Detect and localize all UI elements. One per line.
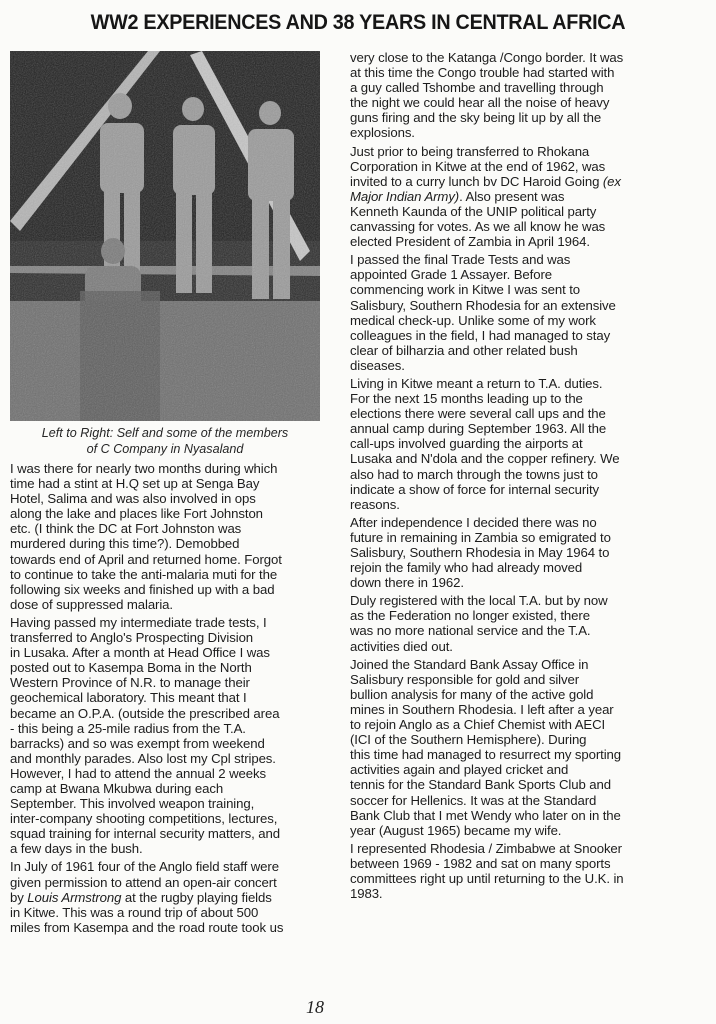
text-line: camp at Bwana Mkubwa during each (10, 781, 340, 796)
text-line: I was there for nearly two months during… (10, 461, 340, 476)
photo-image (10, 51, 320, 421)
photo-caption: Left to Right: Self and some of the memb… (10, 426, 320, 457)
text-line: given permission to attend an open-air c… (10, 875, 340, 890)
text-line: Living in Kitwe meant a return to T.A. d… (350, 376, 680, 391)
paragraph: Having passed my intermediate trade test… (10, 615, 340, 857)
text-line: medical check-up. Unlike some of my work (350, 313, 680, 328)
text-line: as the Federation no longer existed, the… (350, 608, 680, 623)
text-line: committees right up until returning to t… (350, 871, 680, 886)
text-line: Just prior to being transferred to Rhoka… (350, 144, 680, 159)
text-fragment-italic: (ex (603, 174, 621, 189)
text-line: became an O.P.A. (outside the prescribed… (10, 706, 340, 721)
text-line: Major Indian Army). Also present was (350, 189, 680, 204)
text-line: miles from Kasempa and the road route to… (10, 920, 340, 935)
right-column: very close to the Katanga /Congo border.… (350, 50, 680, 904)
text-line: along the lake and places like Fort John… (10, 506, 340, 521)
text-line: September. This involved weapon training… (10, 796, 340, 811)
text-line: to continue to take the anti-malaria mut… (10, 567, 340, 582)
text-line: was no more national service and the T.A… (350, 623, 680, 638)
text-line: Having passed my intermediate trade test… (10, 615, 340, 630)
left-column: I was there for nearly two months during… (10, 461, 340, 938)
text-line: very close to the Katanga /Congo border.… (350, 50, 680, 65)
text-line: mines in Southern Rhodesia. I left after… (350, 702, 680, 717)
text-line: activities again and played cricket and (350, 762, 680, 777)
text-line: tennis for the Standard Bank Sports Club… (350, 777, 680, 792)
text-line: transferred to Anglo's Prospecting Divis… (10, 630, 340, 645)
text-line: inter-company shooting competitions, lec… (10, 811, 340, 826)
text-line: guns firing and the sky being lit up by … (350, 110, 680, 125)
text-line: Western Province of N.R. to manage their (10, 675, 340, 690)
text-line: Lusaka and N'dola and the copper refiner… (350, 451, 680, 466)
text-line: to rejoin Anglo as a Chief Chemist with … (350, 717, 680, 732)
text-line: at this time the Congo trouble had start… (350, 65, 680, 80)
text-line: annual camp during September 1963. All t… (350, 421, 680, 436)
text-line: by Louis Armstrong at the rugby playing … (10, 890, 340, 905)
text-line: Corporation in Kitwe at the end of 1962,… (350, 159, 680, 174)
text-line: posted out to Kasempa Boma in the North (10, 660, 340, 675)
text-line: in Kitwe. This was a round trip of about… (10, 905, 340, 920)
paragraph: After independence I decided there was n… (350, 515, 680, 590)
text-line: 1983. (350, 886, 680, 901)
paragraph: I represented Rhodesia / Zimbabwe at Sno… (350, 841, 680, 901)
text-line: elections there were several call ups an… (350, 406, 680, 421)
text-line: also had to march through the towns just… (350, 467, 680, 482)
text-line: I represented Rhodesia / Zimbabwe at Sno… (350, 841, 680, 856)
text-line: However, I had to attend the annual 2 we… (10, 766, 340, 781)
text-line: geochemical laboratory. This meant that … (10, 690, 340, 705)
text-line: murdered during this time?). Demobbed (10, 536, 340, 551)
text-line: down there in 1962. (350, 575, 680, 590)
paragraph: Just prior to being transferred to Rhoka… (350, 144, 680, 250)
text-line: diseases. (350, 358, 680, 373)
text-line: Salisbury, Southern Rhodesia for an exte… (350, 298, 680, 313)
text-line: After independence I decided there was n… (350, 515, 680, 530)
text-line: colleagues in the field, I had managed t… (350, 328, 680, 343)
text-line: clear of bilharzia and other related bus… (350, 343, 680, 358)
text-line: rejoin the family who had already moved (350, 560, 680, 575)
text-line: following six weeks and finished up with… (10, 582, 340, 597)
text-line: future in remaining in Zambia so emigrat… (350, 530, 680, 545)
text-line: Joined the Standard Bank Assay Office in (350, 657, 680, 672)
text-line: Kenneth Kaunda of the UNIP political par… (350, 204, 680, 219)
paragraph: Duly registered with the local T.A. but … (350, 593, 680, 653)
text-line: reasons. (350, 497, 680, 512)
text-line: Bank Club that I met Wendy who later on … (350, 808, 680, 823)
text-fragment: invited to a curry lunch bv DC Haroid Go… (350, 174, 603, 189)
text-line: (ICI of the Southern Hemisphere). During (350, 732, 680, 747)
caption-line: Left to Right: Self and some of the memb… (10, 426, 320, 442)
text-line: appointed Grade 1 Assayer. Before (350, 267, 680, 282)
text-line: activities died out. (350, 639, 680, 654)
text-line: dose of suppressed malaria. (10, 597, 340, 612)
text-line: barracks) and so was exempt from weekend (10, 736, 340, 751)
caption-line: of C Company in Nyasaland (10, 442, 320, 458)
text-line: towards end of April and returned home. … (10, 552, 340, 567)
text-line: soccer for Hellenics. It was at the Stan… (350, 793, 680, 808)
text-fragment-italic: Major Indian Army) (350, 189, 459, 204)
paragraph: Living in Kitwe meant a return to T.A. d… (350, 376, 680, 512)
text-line: a few days in the bush. (10, 841, 340, 856)
text-line: etc. (I think the DC at Fort Johnston wa… (10, 521, 340, 536)
text-line: Hotel, Salima and was also involved in o… (10, 491, 340, 506)
text-line: Duly registered with the local T.A. but … (350, 593, 680, 608)
text-line: the night we could hear all the noise of… (350, 95, 680, 110)
text-line: and monthly parades. Also lost my Cpl st… (10, 751, 340, 766)
text-line: I passed the final Trade Tests and was (350, 252, 680, 267)
paragraph: I was there for nearly two months during… (10, 461, 340, 612)
text-line: Salisbury, Southern Rhodesia in May 1964… (350, 545, 680, 560)
artist-name: Louis Armstrong (27, 890, 121, 905)
text-line: bullion analysis for many of the active … (350, 687, 680, 702)
text-line: time had a stint at H.Q set up at Senga … (10, 476, 340, 491)
text-line: call-ups involved guarding the airports … (350, 436, 680, 451)
text-line: commencing work in Kitwe I was sent to (350, 282, 680, 297)
text-line: indicate a show of force for internal se… (350, 482, 680, 497)
text-line: squad training for internal security mat… (10, 826, 340, 841)
text-line: year (August 1965) became my wife. (350, 823, 680, 838)
text-line: between 1969 - 1982 and sat on many spor… (350, 856, 680, 871)
paragraph: In July of 1961 four of the Anglo field … (10, 859, 340, 934)
text-fragment: . Also present was (459, 189, 564, 204)
paragraph: Joined the Standard Bank Assay Office in… (350, 657, 680, 838)
text-line: For the next 15 months leading up to the (350, 391, 680, 406)
text-fragment: by (10, 890, 27, 905)
text-line: Salisbury responsible for gold and silve… (350, 672, 680, 687)
text-line: a guy called Tshombe and travelling thro… (350, 80, 680, 95)
paragraph: I passed the final Trade Tests and was a… (350, 252, 680, 373)
text-line: in Lusaka. After a month at Head Office … (10, 645, 340, 660)
page-number: 18 (300, 997, 330, 1018)
text-fragment: at the rugby playing fields (121, 890, 271, 905)
text-line: - this being a 25-mile radius from the T… (10, 721, 340, 736)
text-line: elected President of Zambia in April 196… (350, 234, 680, 249)
text-line: this time had managed to resurrect my sp… (350, 747, 680, 762)
soldiers-photo (10, 51, 320, 421)
text-line: explosions. (350, 125, 680, 140)
text-line: canvassing for votes. As we all know he … (350, 219, 680, 234)
text-line: In July of 1961 four of the Anglo field … (10, 859, 340, 874)
article-title: WW2 EXPERIENCES AND 38 YEARS IN CENTRAL … (29, 10, 688, 35)
text-line: invited to a curry lunch bv DC Haroid Go… (350, 174, 680, 189)
paragraph: very close to the Katanga /Congo border.… (350, 50, 680, 141)
